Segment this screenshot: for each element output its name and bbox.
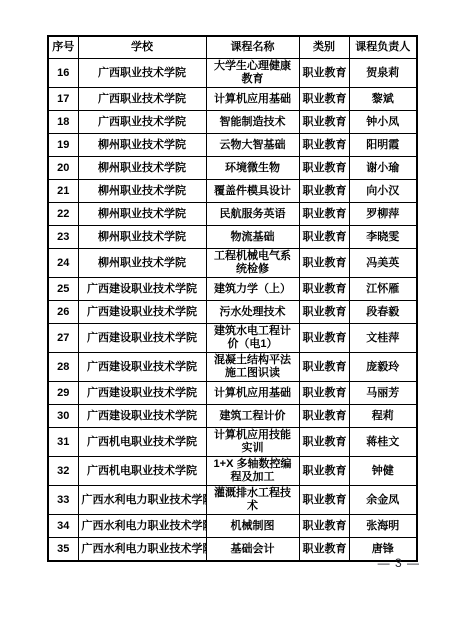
cell-category: 职业教育 <box>299 157 349 180</box>
table-row: 28广西建设职业技术学院混凝土结构平法施工图识读职业教育庞毅玲 <box>48 353 417 382</box>
course-table: 序号学校课程名称类别课程负责人 16广西职业技术学院大学生心理健康教育职业教育贺… <box>47 35 418 562</box>
cell-school: 柳州职业技术学院 <box>78 157 206 180</box>
cell-course: 计算机应用基础 <box>206 382 299 405</box>
table-row: 32广西机电职业技术学院1+X 多轴数控编程及加工职业教育钟健 <box>48 457 417 486</box>
cell-school: 柳州职业技术学院 <box>78 134 206 157</box>
cell-category: 职业教育 <box>299 538 349 562</box>
cell-course: 覆盖件模具设计 <box>206 180 299 203</box>
cell-no: 16 <box>48 59 78 88</box>
cell-course: 物流基础 <box>206 226 299 249</box>
cell-leader: 钟健 <box>349 457 417 486</box>
cell-leader: 李晓雯 <box>349 226 417 249</box>
course-table-body: 16广西职业技术学院大学生心理健康教育职业教育贺泉莉17广西职业技术学院计算机应… <box>48 59 417 562</box>
cell-leader: 张海明 <box>349 515 417 538</box>
cell-course: 民航服务英语 <box>206 203 299 226</box>
cell-no: 31 <box>48 428 78 457</box>
cell-no: 27 <box>48 324 78 353</box>
cell-school: 广西建设职业技术学院 <box>78 278 206 301</box>
cell-category: 职业教育 <box>299 111 349 134</box>
cell-school: 广西建设职业技术学院 <box>78 324 206 353</box>
cell-course: 计算机应用基础 <box>206 88 299 111</box>
cell-category: 职业教育 <box>299 324 349 353</box>
cell-course: 基础会计 <box>206 538 299 562</box>
header-cell-leader: 课程负责人 <box>349 36 417 59</box>
cell-school: 广西职业技术学院 <box>78 88 206 111</box>
cell-course: 机械制图 <box>206 515 299 538</box>
document-page: { "table": { "headers": ["序号", "学校", "课程… <box>0 0 453 624</box>
cell-category: 职业教育 <box>299 428 349 457</box>
cell-no: 26 <box>48 301 78 324</box>
table-row: 26广西建设职业技术学院污水处理技术职业教育段春毅 <box>48 301 417 324</box>
table-row: 18广西职业技术学院智能制造技术职业教育钟小凤 <box>48 111 417 134</box>
cell-course: 灌溉排水工程技术 <box>206 486 299 515</box>
table-row: 16广西职业技术学院大学生心理健康教育职业教育贺泉莉 <box>48 59 417 88</box>
header-cell-course: 课程名称 <box>206 36 299 59</box>
cell-category: 职业教育 <box>299 249 349 278</box>
table-row: 31广西机电职业技术学院计算机应用技能实训职业教育蒋桂文 <box>48 428 417 457</box>
cell-school: 广西水利电力职业技术学院 <box>78 515 206 538</box>
cell-leader: 阳明霞 <box>349 134 417 157</box>
cell-course: 计算机应用技能实训 <box>206 428 299 457</box>
cell-school: 柳州职业技术学院 <box>78 249 206 278</box>
cell-school: 广西建设职业技术学院 <box>78 405 206 428</box>
cell-school: 广西机电职业技术学院 <box>78 428 206 457</box>
cell-course: 建筑力学（上） <box>206 278 299 301</box>
cell-no: 25 <box>48 278 78 301</box>
cell-course: 智能制造技术 <box>206 111 299 134</box>
cell-school: 广西建设职业技术学院 <box>78 301 206 324</box>
cell-category: 职业教育 <box>299 180 349 203</box>
cell-category: 职业教育 <box>299 457 349 486</box>
table-row: 23柳州职业技术学院物流基础职业教育李晓雯 <box>48 226 417 249</box>
cell-category: 职业教育 <box>299 134 349 157</box>
cell-category: 职业教育 <box>299 486 349 515</box>
page-number: — 3 — <box>378 556 420 570</box>
cell-no: 17 <box>48 88 78 111</box>
cell-leader: 钟小凤 <box>349 111 417 134</box>
table-row: 35广西水利电力职业技术学院基础会计职业教育唐锋 <box>48 538 417 562</box>
cell-no: 19 <box>48 134 78 157</box>
cell-school: 柳州职业技术学院 <box>78 180 206 203</box>
cell-leader: 文桂萍 <box>349 324 417 353</box>
cell-leader: 贺泉莉 <box>349 59 417 88</box>
cell-leader: 程莉 <box>349 405 417 428</box>
header-cell-school: 学校 <box>78 36 206 59</box>
cell-category: 职业教育 <box>299 203 349 226</box>
cell-no: 21 <box>48 180 78 203</box>
cell-no: 30 <box>48 405 78 428</box>
cell-leader: 冯美英 <box>349 249 417 278</box>
cell-category: 职业教育 <box>299 226 349 249</box>
cell-school: 广西建设职业技术学院 <box>78 382 206 405</box>
cell-no: 20 <box>48 157 78 180</box>
cell-leader: 马丽芳 <box>349 382 417 405</box>
cell-school: 广西职业技术学院 <box>78 59 206 88</box>
cell-course: 1+X 多轴数控编程及加工 <box>206 457 299 486</box>
table-row: 20柳州职业技术学院环境微生物职业教育谢小瑜 <box>48 157 417 180</box>
cell-leader: 黎斌 <box>349 88 417 111</box>
cell-school: 广西水利电力职业技术学院 <box>78 538 206 562</box>
cell-no: 34 <box>48 515 78 538</box>
cell-leader: 蒋桂文 <box>349 428 417 457</box>
cell-category: 职业教育 <box>299 353 349 382</box>
cell-leader: 庞毅玲 <box>349 353 417 382</box>
cell-no: 29 <box>48 382 78 405</box>
cell-leader: 段春毅 <box>349 301 417 324</box>
cell-course: 建筑工程计价 <box>206 405 299 428</box>
cell-leader: 罗柳萍 <box>349 203 417 226</box>
table-row: 22柳州职业技术学院民航服务英语职业教育罗柳萍 <box>48 203 417 226</box>
table-row: 24柳州职业技术学院工程机械电气系统检修职业教育冯美英 <box>48 249 417 278</box>
cell-category: 职业教育 <box>299 88 349 111</box>
table-row: 34广西水利电力职业技术学院机械制图职业教育张海明 <box>48 515 417 538</box>
table-row: 21柳州职业技术学院覆盖件模具设计职业教育向小汉 <box>48 180 417 203</box>
cell-no: 23 <box>48 226 78 249</box>
cell-leader: 余金凤 <box>349 486 417 515</box>
cell-school: 柳州职业技术学院 <box>78 226 206 249</box>
cell-school: 广西水利电力职业技术学院 <box>78 486 206 515</box>
table-row: 25广西建设职业技术学院建筑力学（上）职业教育江怀雁 <box>48 278 417 301</box>
cell-leader: 谢小瑜 <box>349 157 417 180</box>
cell-no: 18 <box>48 111 78 134</box>
cell-no: 32 <box>48 457 78 486</box>
cell-school: 广西职业技术学院 <box>78 111 206 134</box>
table-row: 33广西水利电力职业技术学院灌溉排水工程技术职业教育余金凤 <box>48 486 417 515</box>
cell-leader: 江怀雁 <box>349 278 417 301</box>
cell-no: 28 <box>48 353 78 382</box>
cell-school: 广西机电职业技术学院 <box>78 457 206 486</box>
cell-school: 广西建设职业技术学院 <box>78 353 206 382</box>
cell-no: 35 <box>48 538 78 562</box>
cell-category: 职业教育 <box>299 278 349 301</box>
cell-course: 混凝土结构平法施工图识读 <box>206 353 299 382</box>
cell-course: 大学生心理健康教育 <box>206 59 299 88</box>
course-table-wrap: 序号学校课程名称类别课程负责人 16广西职业技术学院大学生心理健康教育职业教育贺… <box>47 35 418 562</box>
table-row: 29广西建设职业技术学院计算机应用基础职业教育马丽芳 <box>48 382 417 405</box>
header-cell-no: 序号 <box>48 36 78 59</box>
header-cell-category: 类别 <box>299 36 349 59</box>
cell-school: 柳州职业技术学院 <box>78 203 206 226</box>
table-header-row: 序号学校课程名称类别课程负责人 <box>48 36 417 59</box>
cell-no: 22 <box>48 203 78 226</box>
table-row: 17广西职业技术学院计算机应用基础职业教育黎斌 <box>48 88 417 111</box>
cell-category: 职业教育 <box>299 382 349 405</box>
cell-no: 33 <box>48 486 78 515</box>
cell-course: 工程机械电气系统检修 <box>206 249 299 278</box>
cell-course: 建筑水电工程计价（电1） <box>206 324 299 353</box>
cell-course: 云物大智基础 <box>206 134 299 157</box>
cell-category: 职业教育 <box>299 59 349 88</box>
cell-category: 职业教育 <box>299 515 349 538</box>
cell-category: 职业教育 <box>299 405 349 428</box>
cell-category: 职业教育 <box>299 301 349 324</box>
cell-no: 24 <box>48 249 78 278</box>
table-row: 27广西建设职业技术学院建筑水电工程计价（电1）职业教育文桂萍 <box>48 324 417 353</box>
cell-course: 污水处理技术 <box>206 301 299 324</box>
table-row: 30广西建设职业技术学院建筑工程计价职业教育程莉 <box>48 405 417 428</box>
cell-course: 环境微生物 <box>206 157 299 180</box>
cell-leader: 向小汉 <box>349 180 417 203</box>
table-row: 19柳州职业技术学院云物大智基础职业教育阳明霞 <box>48 134 417 157</box>
